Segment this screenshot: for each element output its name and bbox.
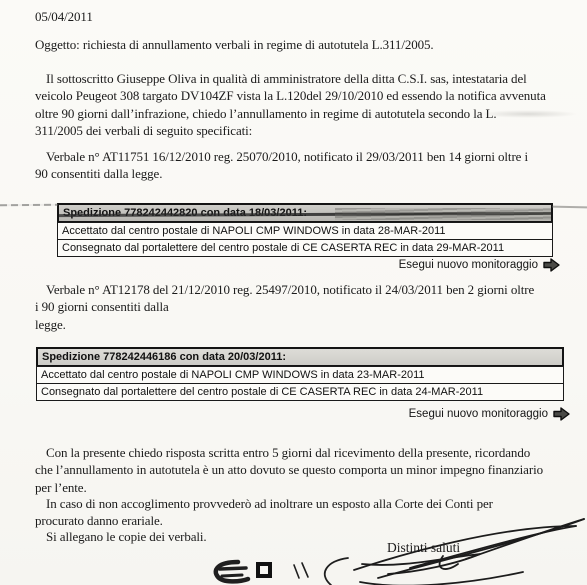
attachments-note: Si allegano le copie dei verbali. — [35, 528, 580, 545]
verbale-2-paragraph: Verbale n° AT12178 del 21/12/2010 reg. 2… — [35, 281, 580, 333]
tracking-table-2: Spedizione 778242446186 con data 20/03/2… — [36, 347, 564, 401]
tracking-table-2-row: Consegnato dal portalettere del centro p… — [36, 383, 564, 401]
esegui-monitoraggio-label: Esegui nuovo monitoraggio — [399, 259, 538, 271]
verbale-1-paragraph: Verbale n° AT11751 16/12/2010 reg. 25070… — [35, 148, 580, 183]
salutation-text: Distinti saluti — [387, 540, 460, 556]
letter-intro-paragraph: Il sottoscritto Giuseppe Oliva in qualit… — [35, 70, 580, 140]
letter-subject: Oggetto: richiesta di annullamento verba… — [35, 36, 434, 53]
esegui-monitoraggio-link-2: Esegui nuovo monitoraggio — [330, 407, 570, 421]
esegui-monitoraggio-label: Esegui nuovo monitoraggio — [409, 408, 548, 420]
tracking-table-1-header-text: Spedizione 778242442820 con data 18/03/2… — [63, 207, 307, 219]
tracking-table-1-row: Accettato dal centro postale di NAPOLI C… — [57, 222, 553, 240]
tracking-table-1: Spedizione 778242442820 con data 18/03/2… — [57, 203, 553, 257]
closing-paragraph-1: Con la presente chiedo risposta scritta … — [35, 444, 580, 496]
bottom-stamp-partial — [196, 556, 406, 585]
rightwards-arrow-icon — [543, 258, 560, 272]
scan-fold-smear-dark — [335, 208, 551, 220]
scan-fold-line-left — [0, 204, 58, 206]
letter-date: 05/04/2011 — [35, 8, 93, 25]
tracking-table-2-row: Accettato dal centro postale di NAPOLI C… — [36, 366, 564, 384]
esegui-monitoraggio-link-1: Esegui nuovo monitoraggio — [320, 258, 560, 272]
tracking-table-2-header: Spedizione 778242446186 con data 20/03/2… — [36, 347, 564, 367]
tracking-table-1-row: Consegnato dal portalettere del centro p… — [57, 239, 553, 257]
scanned-letter-page: 05/04/2011 Oggetto: richiesta di annulla… — [0, 0, 587, 585]
tracking-table-1-header: Spedizione 778242442820 con data 18/03/2… — [57, 203, 553, 223]
tracking-table-2-header-text: Spedizione 778242446186 con data 20/03/2… — [42, 351, 286, 363]
rightwards-arrow-icon — [553, 407, 570, 421]
closing-paragraph-2: In caso di non accoglimento provvederò a… — [35, 495, 580, 530]
scan-fold-line-right — [552, 206, 587, 209]
